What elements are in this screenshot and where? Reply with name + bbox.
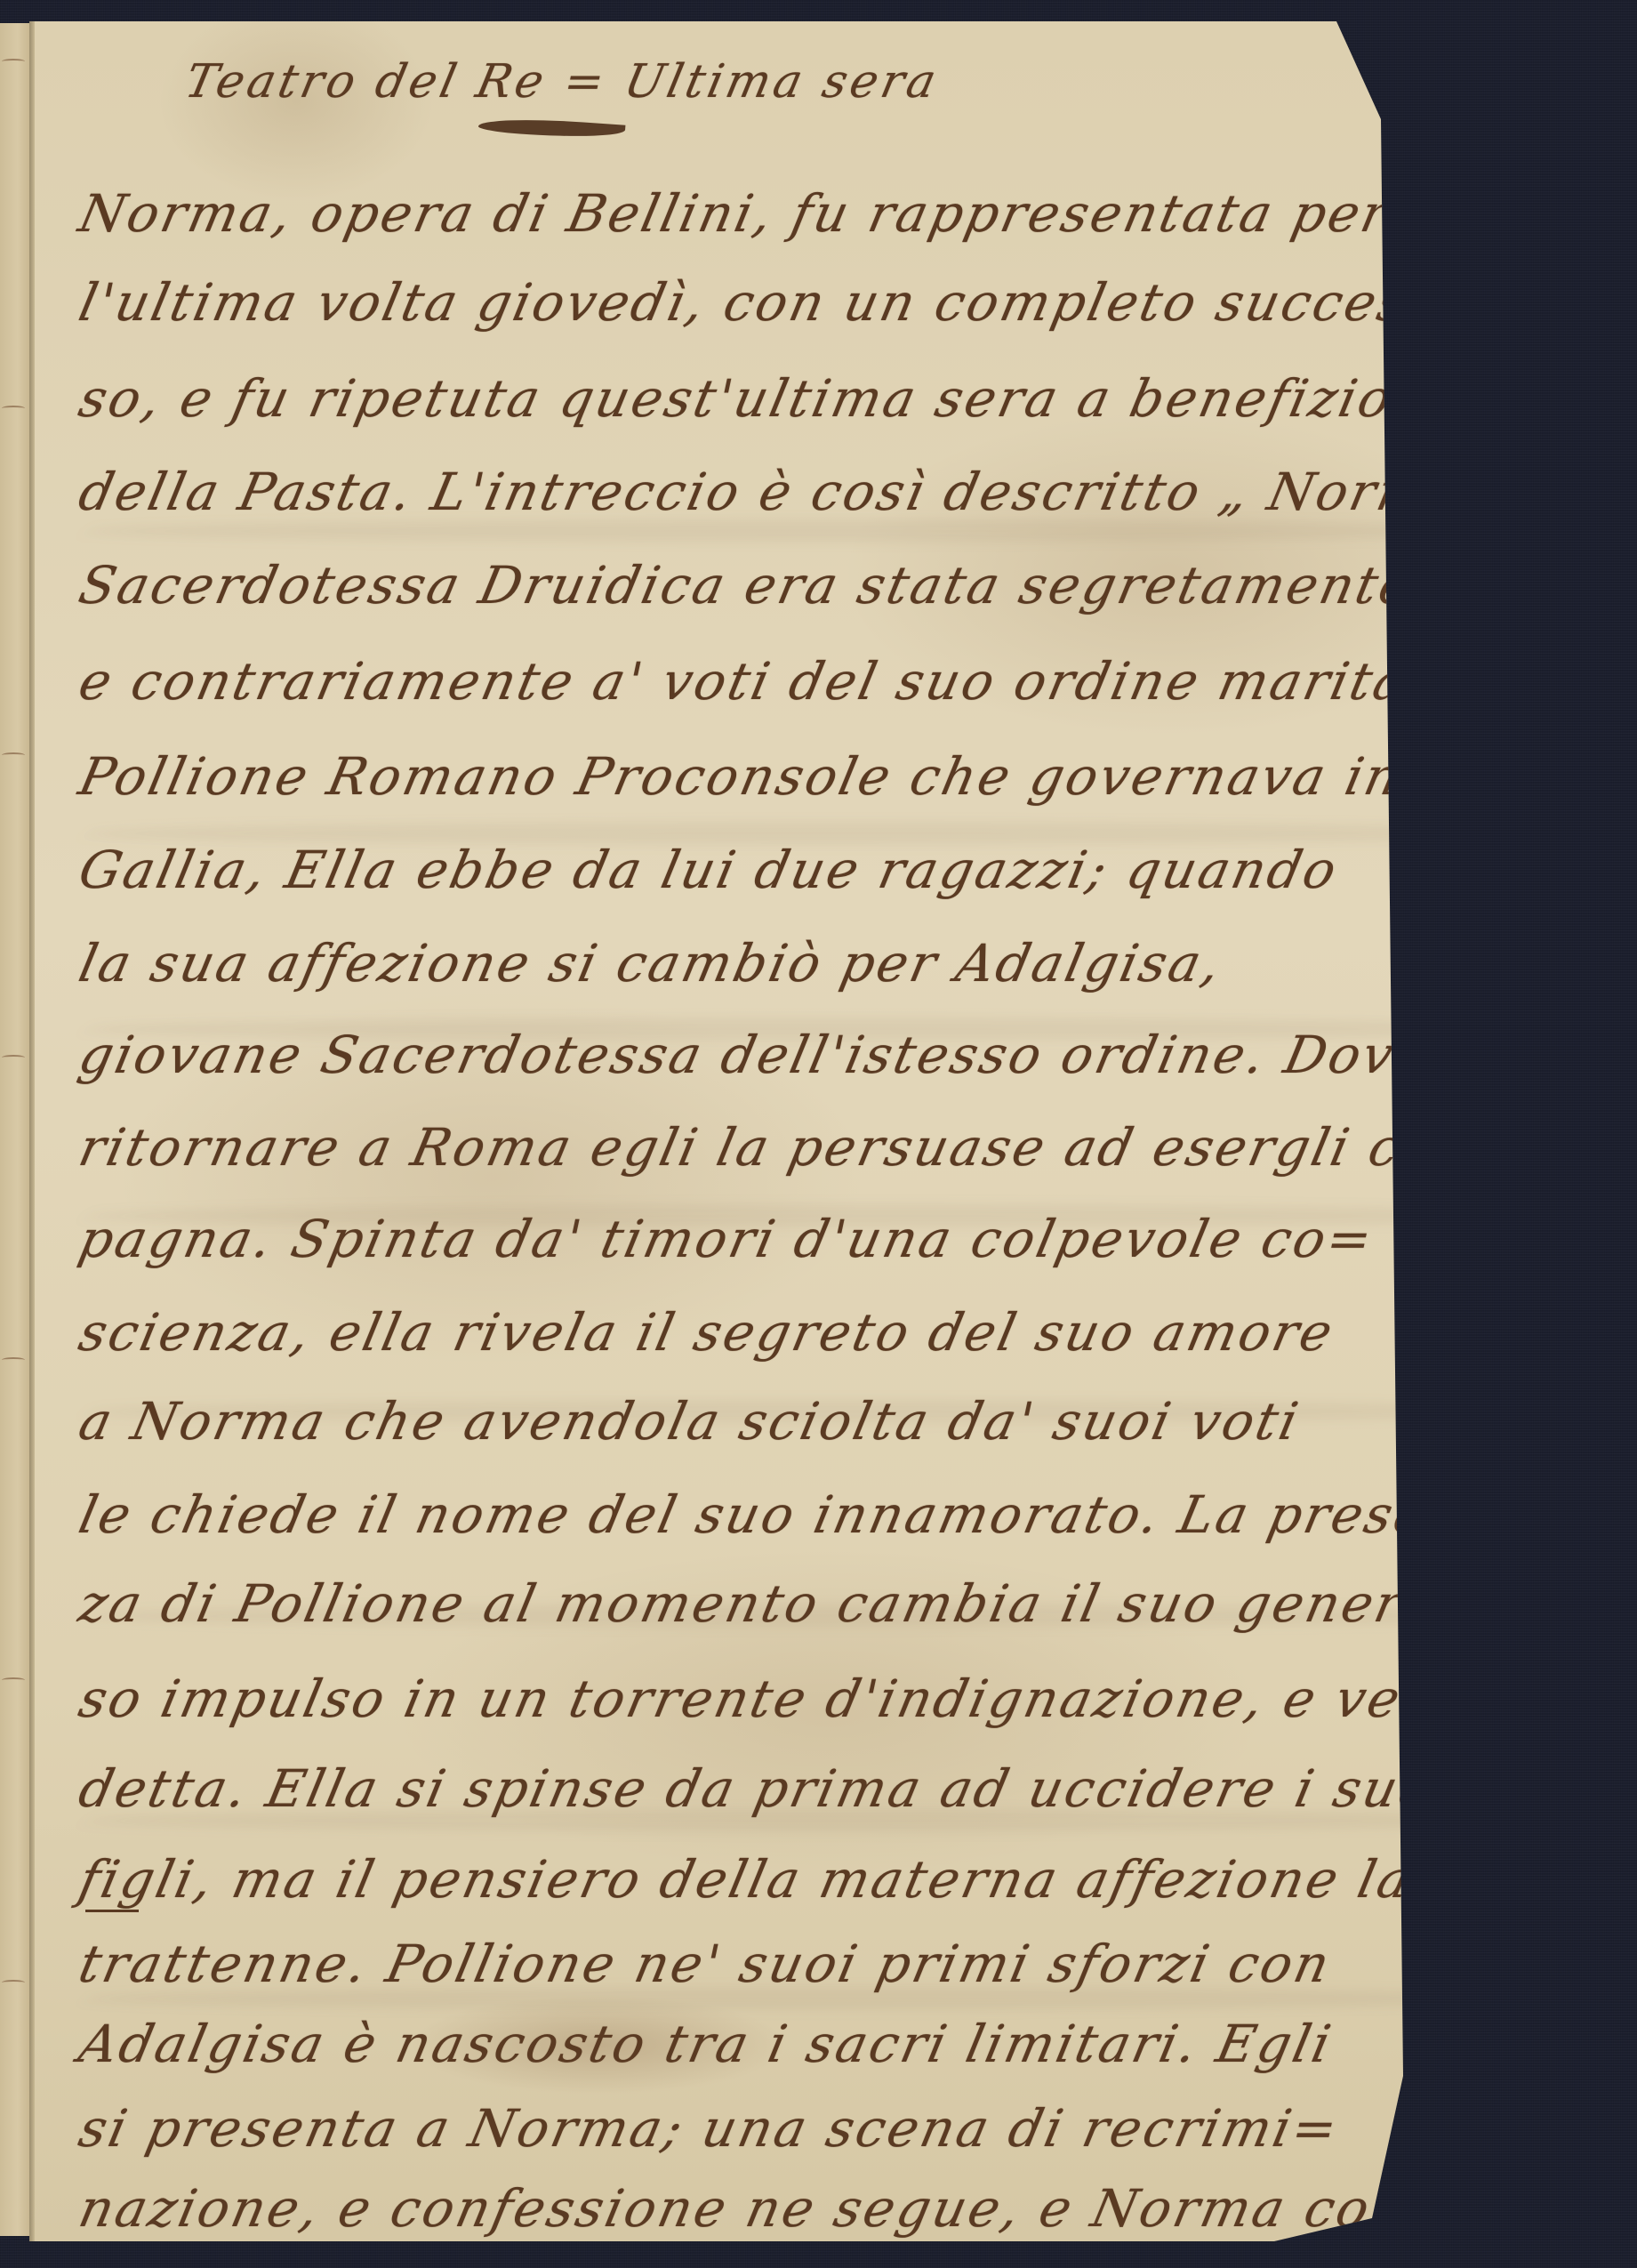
text-line: le chiede il nome del suo innamorato. La… bbox=[74, 1484, 1516, 1545]
text-line: Sacerdotessa Druidica era stata segretam… bbox=[74, 555, 1419, 615]
binding-gutter bbox=[29, 21, 35, 2241]
handwritten-text: Teatro del Re = Ultima sera Norma, opera… bbox=[74, 21, 1541, 2241]
adjacent-page-edge bbox=[0, 23, 30, 2236]
text-line: giovane Sacerdotessa dell'istesso ordine… bbox=[74, 1025, 1540, 1085]
text-line: so impulso in un torrente d'indignazione… bbox=[74, 1669, 1489, 1729]
text-line: scienza, ella rivela il segreto del suo … bbox=[74, 1302, 1340, 1363]
text-line: za di Pollione al momento cambia il suo … bbox=[74, 1573, 1489, 1634]
text-line: so, e fu ripetuta quest'ultima sera a be… bbox=[74, 368, 1399, 429]
text-line: si presenta a Norma; una scena di recrim… bbox=[74, 2098, 1345, 2159]
text-line: Pollione Romano Proconsole che governava… bbox=[74, 746, 1408, 807]
manuscript-scan: Teatro del Re = Ultima sera Norma, opera… bbox=[0, 0, 1637, 2268]
text-line: detta. Ella si spinse da prima ad uccide… bbox=[74, 1758, 1459, 1819]
ink-trace bbox=[2, 406, 25, 411]
ink-trace bbox=[2, 1055, 25, 1060]
text-line: la sua affezione si cambiò per Adalgisa, bbox=[74, 933, 1228, 993]
ink-trace bbox=[2, 1677, 25, 1683]
ink-trace bbox=[2, 752, 25, 758]
ink-trace bbox=[2, 1357, 25, 1363]
text-line: Gallia, Ella ebbe da lui due ragazzi; qu… bbox=[74, 840, 1344, 900]
page-heading: Teatro del Re = Ultima sera bbox=[181, 55, 944, 109]
text-line: trattenne. Pollione ne' suoi primi sforz… bbox=[74, 1934, 1337, 1994]
text-line: e contrariamente a' voti del suo ordine … bbox=[74, 651, 1523, 712]
text-line: della Pasta. L'intreccio è così descritt… bbox=[74, 462, 1469, 522]
text-line: Adalgisa è nascosto tra i sacri limitari… bbox=[74, 2014, 1338, 2074]
text-line: ritornare a Roma egli la persuase ad ese… bbox=[74, 1117, 1539, 1178]
text-line: pagna. Spinta da' timori d'una colpevole… bbox=[74, 1209, 1380, 1269]
text-line: figli, ma il pensiero della materna affe… bbox=[74, 1849, 1418, 1910]
manuscript-page: Teatro del Re = Ultima sera Norma, opera… bbox=[29, 21, 1608, 2241]
text-line: Norma, opera di Bellini, fu rappresentat… bbox=[74, 183, 1396, 244]
text-line: nazione, e confessione ne segue, e Norma… bbox=[74, 2178, 1580, 2239]
text-line: a Norma che avendola sciolta da' suoi vo… bbox=[74, 1391, 1305, 1452]
ink-trace bbox=[2, 1980, 25, 1985]
ink-trace bbox=[2, 59, 25, 64]
text-line: l'ultima volta giovedì, con un completo … bbox=[74, 272, 1460, 333]
